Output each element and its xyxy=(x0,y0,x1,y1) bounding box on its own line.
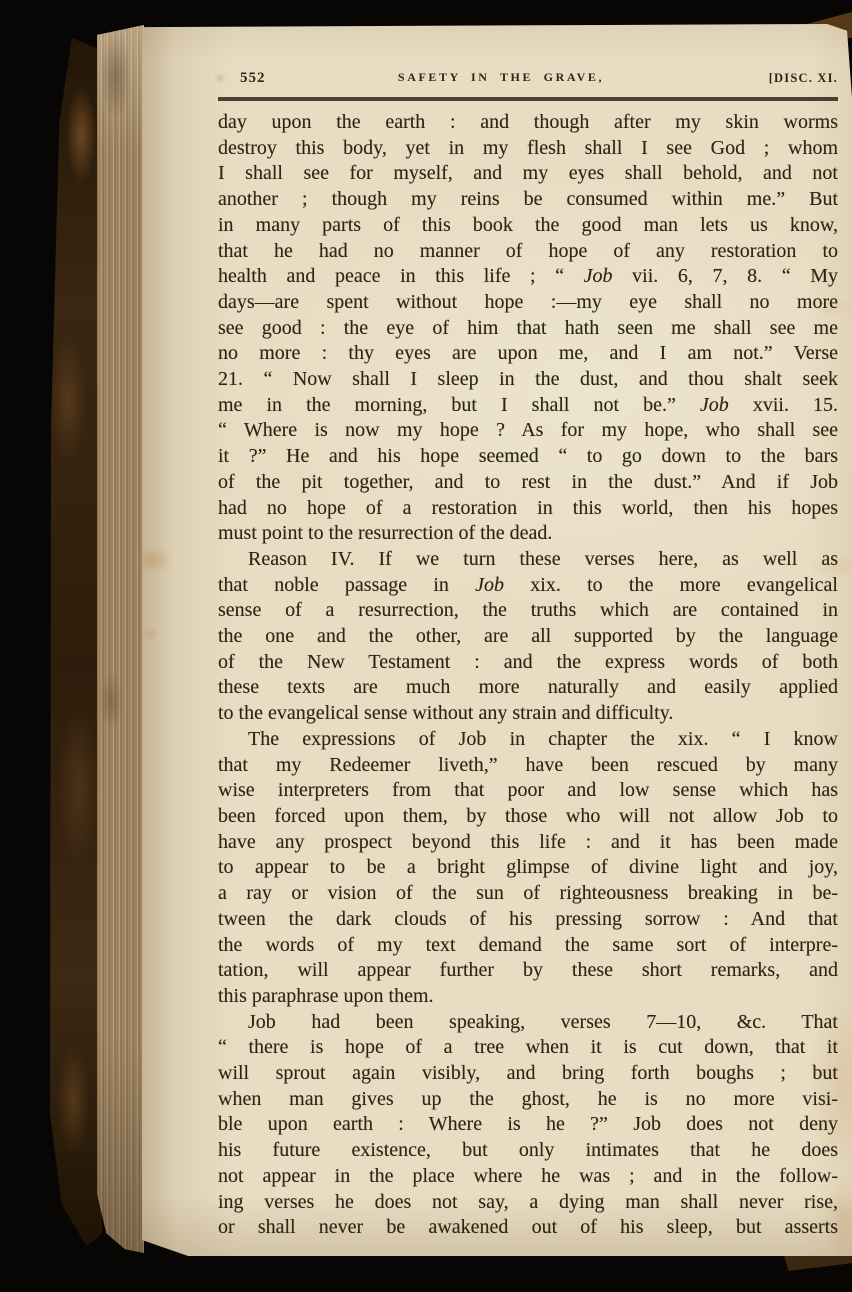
photograph: 552 SAFETY IN THE GRAVE, [DISC. XI. day … xyxy=(0,0,852,1292)
text-line: a ray or vision of the sun of righteousn… xyxy=(218,881,838,907)
text-line: Job had been speaking, verses 7—10, &c. … xyxy=(218,1010,838,1036)
text-line: health and peace in this life ; “ Job vi… xyxy=(218,264,838,290)
text-line: been forced upon them, by those who will… xyxy=(218,804,838,830)
text-line: in many parts of this book the good man … xyxy=(218,213,838,239)
page-header: 552 SAFETY IN THE GRAVE, [DISC. XI. xyxy=(218,70,838,92)
page-edges xyxy=(97,25,144,1253)
text-line: days—are spent without hope :—my eye sha… xyxy=(218,290,838,316)
text-line: it ?” He and his hope seemed “ to go dow… xyxy=(218,444,838,470)
text-line: another ; though my reins be consumed wi… xyxy=(218,187,838,213)
text-line: that noble passage in Job xix. to the mo… xyxy=(218,573,838,599)
page-number: 552 xyxy=(240,70,266,87)
text-line: “ Where is now my hope ? As for my hope,… xyxy=(218,418,838,444)
text-line: 21. “ Now shall I sleep in the dust, and… xyxy=(218,367,838,393)
text-line: of the New Testament : and the express w… xyxy=(218,650,838,676)
text-line: Reason IV. If we turn these verses here,… xyxy=(218,547,838,573)
text-line: had no hope of a restoration in this wor… xyxy=(218,496,838,522)
text-line: not appear in the place where he was ; a… xyxy=(218,1164,838,1190)
text-line: his future existence, but only intimates… xyxy=(218,1138,838,1164)
text-line: have any prospect beyond this life : and… xyxy=(218,830,838,856)
running-title: SAFETY IN THE GRAVE, xyxy=(398,70,604,85)
text-line: tween the dark clouds of his pressing so… xyxy=(218,907,838,933)
text-line: I shall see for myself, and my eyes shal… xyxy=(218,161,838,187)
text-line: the words of my text demand the same sor… xyxy=(218,933,838,959)
text-line: to appear to be a bright glimpse of divi… xyxy=(218,855,838,881)
text-line: these texts are much more naturally and … xyxy=(218,675,838,701)
text-line: ing verses he does not say, a dying man … xyxy=(218,1190,838,1216)
body-text: day upon the earth : and though after my… xyxy=(218,110,838,1241)
text-line: no more : thy eyes are upon me, and I am… xyxy=(218,341,838,367)
text-line: wise interpreters from that poor and low… xyxy=(218,778,838,804)
text-line: or shall never be awakened out of his sl… xyxy=(218,1215,838,1241)
text-line: day upon the earth : and though after my… xyxy=(218,110,838,136)
text-line: me in the morning, but I shall not be.” … xyxy=(218,393,838,419)
text-line: tation, will appear further by these sho… xyxy=(218,958,838,984)
text-line: that my Redeemer liveth,” have been resc… xyxy=(218,753,838,779)
text-line: “ there is hope of a tree when it is cut… xyxy=(218,1035,838,1061)
book-spine xyxy=(50,38,102,1246)
text-line: destroy this body, yet in my flesh shall… xyxy=(218,136,838,162)
section-label: [DISC. XI. xyxy=(769,71,838,86)
text-line: see good : the eye of him that hath seen… xyxy=(218,316,838,342)
text-line: the one and the other, are all supported… xyxy=(218,624,838,650)
text-line: that he had no manner of hope of any res… xyxy=(218,239,838,265)
book-page: 552 SAFETY IN THE GRAVE, [DISC. XI. day … xyxy=(142,24,852,1256)
page-content: 552 SAFETY IN THE GRAVE, [DISC. XI. day … xyxy=(218,70,838,1241)
header-rule xyxy=(218,97,838,101)
text-line: this paraphrase upon them. xyxy=(218,984,838,1010)
text-line: sense of a resurrection, the truths whic… xyxy=(218,598,838,624)
text-line: The expressions of Job in chapter the xi… xyxy=(218,727,838,753)
text-line: when man gives up the ghost, he is no mo… xyxy=(218,1087,838,1113)
text-line: will sprout again visibly, and bring for… xyxy=(218,1061,838,1087)
text-line: must point to the resurrection of the de… xyxy=(218,521,838,547)
text-line: of the pit together, and to rest in the … xyxy=(218,470,838,496)
text-line: to the evangelical sense without any str… xyxy=(218,701,838,727)
text-line: ble upon earth : Where is he ?” Job does… xyxy=(218,1112,838,1138)
